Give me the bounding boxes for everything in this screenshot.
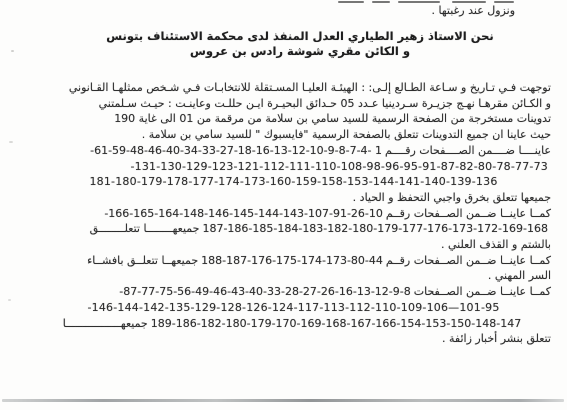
document-body: توجهت فـي تـاريخ و سـاعة الطـالع إلـى: :…: [36, 80, 551, 347]
para5-line-4: تتعلق بنشر أخبار زائفة .: [36, 331, 551, 347]
paragraph-fragment: ونزول عند رغبتها .: [431, 4, 515, 18]
heading-line-2: و الكائن مقري شوشة رادس بن عروس: [60, 44, 540, 59]
para4-page-numbers: 188-187-176-175-174-173-80-44: [201, 254, 383, 267]
para5-intro: كمــا عاينــا ضــمن الصــفحات: [414, 285, 551, 298]
para5-page-numbers-2: -146-144-142-135-129-128-126-124-117-113…: [87, 301, 499, 314]
para5-line-2: -146-144-142-135-129-128-126-124-117-113…: [36, 300, 551, 316]
para2-page-numbers-3: 181-180-179-178-177-174-173-160-159-158-…: [89, 175, 497, 188]
para2-line-4: جميعها تتعلق بخرق واجبي التحفظ و الحياد …: [36, 190, 551, 206]
para3-page-numbers-2: 187-186-185-184-183-182-180-179-177-176-…: [202, 222, 548, 235]
scan-page-edge: [2, 399, 564, 402]
para2-page-numbers-1: -61-59-48-46-40-34-33-27-18-16-13-12-10-…: [90, 144, 382, 157]
para5-tail: جميعهـــــــــــــــــا: [63, 317, 148, 330]
para5-page-numbers-3: 189-186-182-180-179-170-169-168-167-166-…: [151, 317, 522, 330]
para2-intro: عاينــــا ضــــمن الصــــفحات رقــــم: [385, 144, 551, 157]
para3-page-numbers-1: -166-165-164-148-146-145-144-143-107-91-…: [104, 207, 383, 220]
heading-line-1: نحن الاستاذ زهير الطياري العدل المنفذ لد…: [60, 29, 540, 44]
para1-line-1: توجهت فـي تـاريخ و سـاعة الطـالع إلـى: :…: [36, 80, 551, 96]
para5-page-numbers-1: -87-77-75-56-49-46-43-40-33-28-27-26-16-…: [119, 285, 410, 298]
para3-tail: جميعهــــــــا تتعلــــــــق: [90, 222, 200, 235]
para1-line-4: حيث عاينا ان جميع التدوينات تتعلق بالصفح…: [36, 127, 551, 143]
para5-line-3: 189-186-182-180-179-170-169-168-167-166-…: [36, 316, 551, 332]
scan-speck: [8, 299, 11, 301]
scan-speck: [11, 50, 14, 52]
para3-intro: كمــا عاينــا ضــمن الصــفحات رقــم: [386, 207, 551, 220]
para3-line-2: 187-186-185-184-183-182-180-179-177-176-…: [36, 221, 551, 237]
para4-tail: جميعهــا تتعلــق بافشــاء: [87, 254, 198, 267]
scanned-document-page: ونزول عند رغبتها . نحن الاستاذ زهير الطي…: [0, 0, 567, 410]
para2-line-1: عاينــــا ضــــمن الصــــفحات رقــــم-61…: [36, 143, 551, 159]
para2-line-2: -131-130-129-123-121-112-111-110-108-98-…: [36, 159, 551, 175]
document-heading: نحن الاستاذ زهير الطياري العدل المنفذ لد…: [60, 29, 540, 59]
para2-page-numbers-2: -131-130-129-123-121-112-111-110-108-98-…: [130, 160, 548, 173]
para3-line-1: كمــا عاينــا ضــمن الصــفحات رقــم-166-…: [36, 206, 551, 222]
scan-speck: [9, 141, 13, 143]
para4-line-2: السر المهني .: [36, 268, 551, 284]
para4-line-1: كمــا عاينــا ضــمن الصــفحات رقــم188-1…: [36, 253, 551, 269]
para4-intro: كمــا عاينــا ضــمن الصــفحات رقــم: [386, 254, 551, 267]
para2-line-3: 181-180-179-178-177-174-173-160-159-158-…: [36, 174, 551, 190]
para1-line-3: تدوينات مستخرجة من الصفحة الرسمية للسيد …: [36, 111, 551, 127]
para3-line-3: بالشتم و القذف العلني .: [36, 237, 551, 253]
para1-line-2: و الكـائن مقرهـا نهـج جزيـرة سـردينيا عـ…: [36, 96, 551, 112]
para5-line-1: كمــا عاينــا ضــمن الصــفحات-87-77-75-5…: [36, 284, 551, 300]
